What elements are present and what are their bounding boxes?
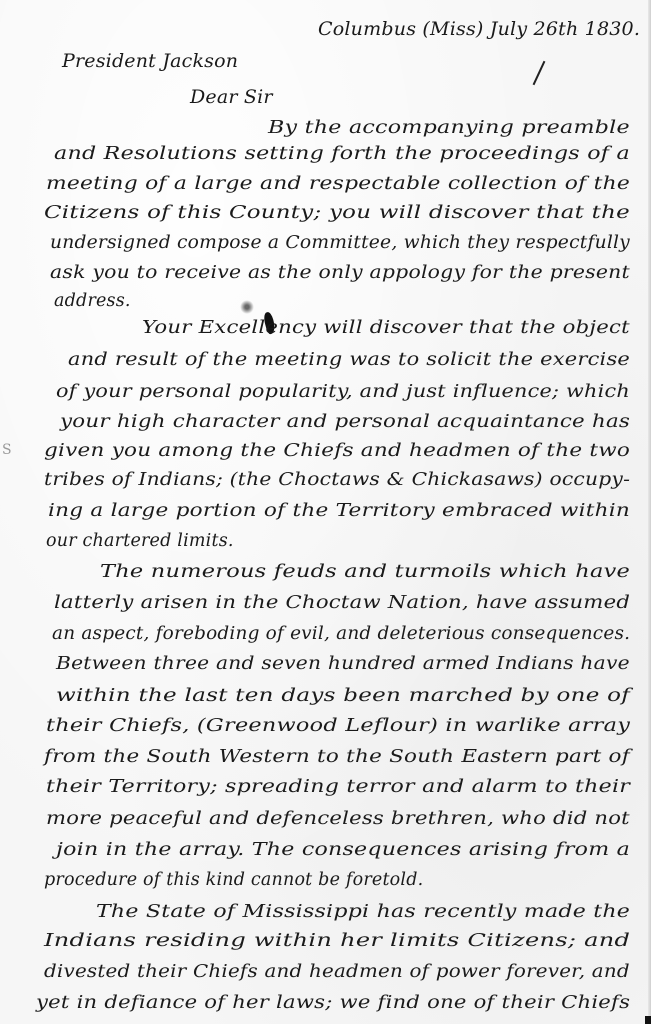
text-line: The State of Mississippi has recently ma… xyxy=(96,904,630,922)
salutation-greeting: Dear Sir xyxy=(190,88,273,107)
text-line: ask you to receive as the only appology … xyxy=(50,265,630,283)
text-line: their Territory; spreading terror and al… xyxy=(46,779,630,797)
letter-page: S Columbus (Miss) July 26th 1830. Presid… xyxy=(0,0,651,1024)
salutation-recipient: President Jackson xyxy=(62,52,238,71)
text-line: The numerous feuds and turmoils which ha… xyxy=(100,564,630,582)
margin-mark: S xyxy=(2,442,12,458)
text-line: and result of the meeting was to solicit… xyxy=(68,352,630,370)
text-line: Indians residing within her limits Citiz… xyxy=(44,933,630,951)
dateline: Columbus (Miss) July 26th 1830. xyxy=(318,20,640,39)
text-line: By the accompanying preamble xyxy=(268,120,630,138)
date-slash-mark xyxy=(533,61,546,85)
ink-spatter xyxy=(240,300,254,314)
text-line: tribes of Indians; (the Choctaws & Chick… xyxy=(44,472,630,490)
text-line: from the South Western to the South East… xyxy=(44,749,630,767)
text-line: Citizens of this County; you will discov… xyxy=(44,205,630,223)
page-corner-mark xyxy=(645,1016,651,1024)
text-line: join in the array. The consequences aris… xyxy=(56,842,630,860)
text-line: and Resolutions setting forth the procee… xyxy=(54,146,630,164)
text-line: within the last ten days been marched by… xyxy=(56,688,630,706)
text-line: more peaceful and defenceless brethren, … xyxy=(46,811,630,829)
text-line: ing a large portion of the Territory emb… xyxy=(48,503,630,521)
text-line: address. xyxy=(54,293,131,311)
text-line: of your personal popularity, and just in… xyxy=(56,384,630,402)
text-line: meeting of a large and respectable colle… xyxy=(46,176,630,194)
text-line: Your Excellency will discover that the o… xyxy=(142,320,630,338)
text-line: our chartered limits. xyxy=(46,533,234,551)
text-line: an aspect, foreboding of evil, and delet… xyxy=(52,626,630,644)
text-line: their Chiefs, (Greenwood Leflour) in war… xyxy=(46,718,630,736)
text-line: divested their Chiefs and headmen of pow… xyxy=(44,964,630,982)
text-line: given you among the Chiefs and headmen o… xyxy=(44,443,630,461)
text-line: your high character and personal acquain… xyxy=(60,414,630,432)
text-line: yet in defiance of her laws; we find one… xyxy=(36,995,630,1013)
text-line: undersigned compose a Committee, which t… xyxy=(50,235,630,253)
text-line: latterly arisen in the Choctaw Nation, h… xyxy=(54,595,630,613)
text-line: Between three and seven hundred armed In… xyxy=(56,656,630,674)
text-line: procedure of this kind cannot be foretol… xyxy=(44,872,423,890)
